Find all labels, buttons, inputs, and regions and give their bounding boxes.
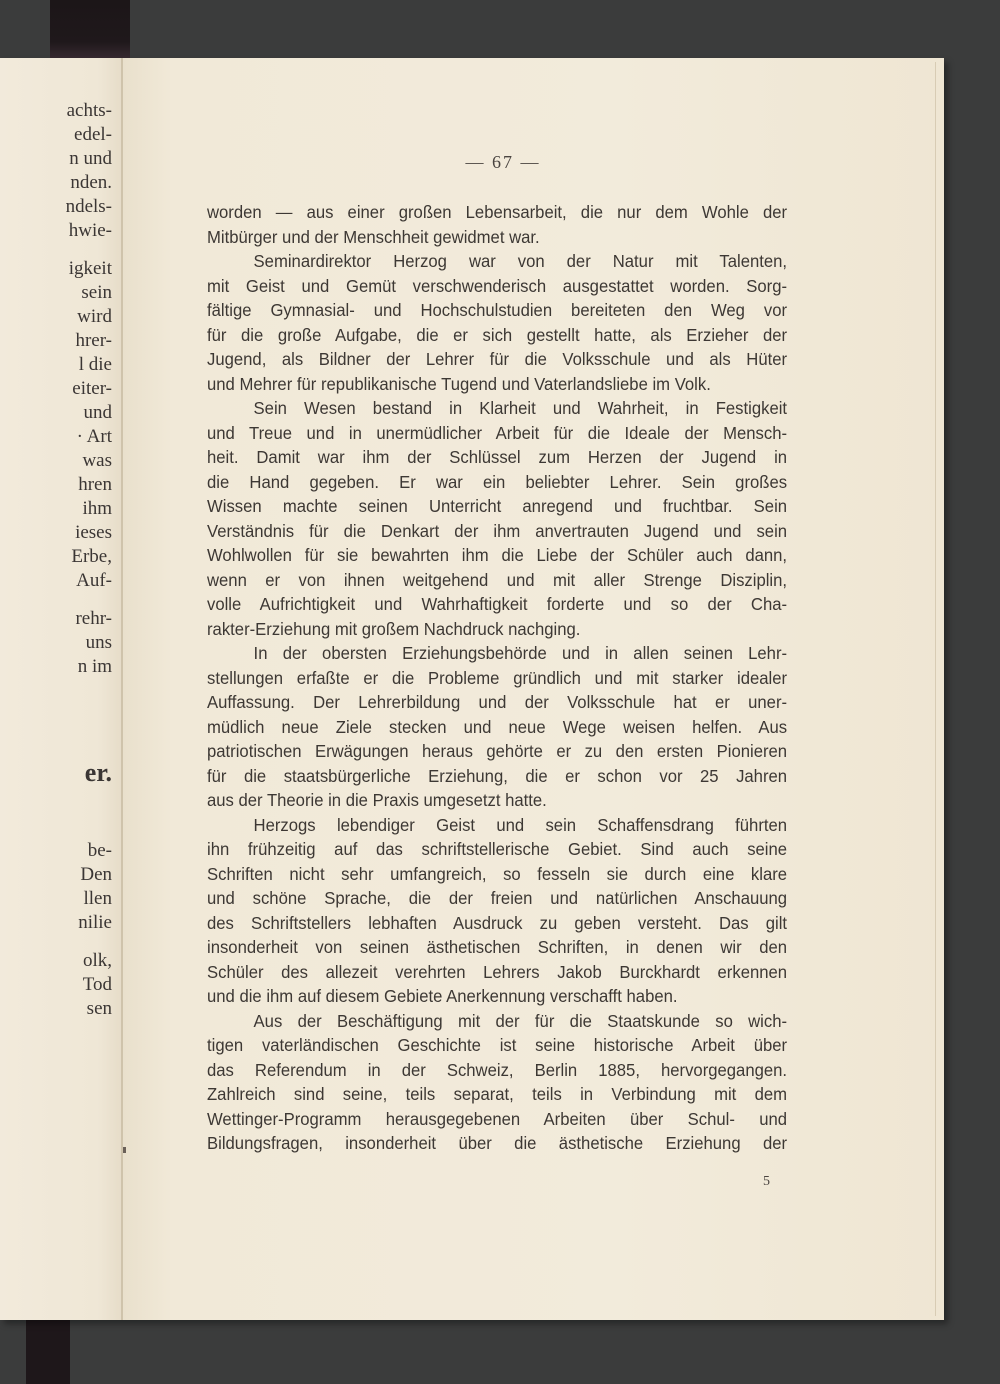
text-line: und Treue und in unermüdlicher Arbeit fü… xyxy=(207,421,787,446)
margin-dot xyxy=(123,1147,126,1153)
text-line: tigen vaterländischen Geschichte ist sei… xyxy=(207,1033,787,1058)
left-page-line: Tod xyxy=(83,974,112,996)
text-line: In der obersten Erziehungsbehörde und in… xyxy=(207,641,787,666)
text-line: insonderheit von seinen ästhetischen Sch… xyxy=(207,935,787,960)
text-line: Wissen machte seinen Unterricht anregend… xyxy=(207,494,787,519)
left-page-line: was xyxy=(82,450,112,472)
book-binding-bottom xyxy=(26,1320,70,1384)
text-line: Herzogs lebendiger Geist und sein Schaff… xyxy=(207,813,787,838)
left-page-line: ieses xyxy=(75,522,112,544)
signature-mark: 5 xyxy=(763,1174,770,1190)
text-line: und die ihm auf diesem Gebiete Anerkennu… xyxy=(207,984,787,1009)
left-page-line: olk, xyxy=(83,950,112,972)
book-binding-top xyxy=(50,0,130,60)
left-page-line: n und xyxy=(69,148,112,170)
paragraph: In der obersten Erziehungsbehörde und in… xyxy=(207,641,787,813)
text-line: und Mehrer für republikanische Tugend un… xyxy=(207,372,787,397)
left-page-line: l die xyxy=(79,354,112,376)
text-line: ihn frühzeitig auf das schriftstellerisc… xyxy=(207,837,787,862)
left-page-line: Auf- xyxy=(76,570,112,592)
text-line: und schöne Sprache, die der freien und n… xyxy=(207,886,787,911)
left-page-line: Den xyxy=(80,864,112,886)
paragraph: worden — aus einer großen Lebensarbeit, … xyxy=(207,200,787,249)
text-line: Aus der Beschäftigung mit der für die St… xyxy=(207,1009,787,1034)
text-line: rakter-Erziehung mit großem Nachdruck na… xyxy=(207,617,787,642)
paragraph: Aus der Beschäftigung mit der für die St… xyxy=(207,1009,787,1156)
paragraph: Sein Wesen bestand in Klarheit und Wahrh… xyxy=(207,396,787,641)
text-line: aus der Theorie in die Praxis umgesetzt … xyxy=(207,788,787,813)
text-line: müdlich neue Ziele stecken und neue Wege… xyxy=(207,715,787,740)
book-spread: achts-edel-n undnden.ndels-hwie-igkeitse… xyxy=(0,58,944,1320)
body-text: worden — aus einer großen Lebensarbeit, … xyxy=(207,200,787,1156)
paragraph: Seminardirektor Herzog war von der Natur… xyxy=(207,249,787,396)
text-line: Schüler des allezeit verehrten Lehrers J… xyxy=(207,960,787,985)
left-page-line: hren xyxy=(78,474,112,496)
left-page-line: ihm xyxy=(82,498,112,520)
text-line: volle Aufrichtigkeit und Wahrhaftigkeit … xyxy=(207,592,787,617)
left-page-line: und xyxy=(84,402,113,424)
text-line: Sein Wesen bestand in Klarheit und Wahrh… xyxy=(207,396,787,421)
text-line: die Hand gegeben. Er war ein beliebter L… xyxy=(207,470,787,495)
left-page-line: be- xyxy=(88,840,112,862)
text-line: Wettinger-Programm herausgegebenen Arbei… xyxy=(207,1107,787,1132)
page-number: — 67 — xyxy=(448,152,558,173)
left-page-line: rehr- xyxy=(75,608,112,630)
text-line: patriotischen Erwägungen heraus gehörte … xyxy=(207,739,787,764)
text-line: Seminardirektor Herzog war von der Natur… xyxy=(207,249,787,274)
left-page-line: er. xyxy=(85,758,112,788)
left-page-line: achts- xyxy=(67,100,112,122)
text-line: heit. Damit war ihm der Schlüssel zum He… xyxy=(207,445,787,470)
text-line: stellungen erfaßte er die Probleme gründ… xyxy=(207,666,787,691)
left-page-line: sein xyxy=(81,282,112,304)
left-page-line: ndels- xyxy=(66,196,112,218)
left-page-line: uns xyxy=(86,632,112,654)
text-line: Auffassung. Der Lehrerbildung und der Vo… xyxy=(207,690,787,715)
text-line: für die große Aufgabe, die er sich geste… xyxy=(207,323,787,348)
text-line: Bildungsfragen, insonderheit über die äs… xyxy=(207,1131,787,1156)
left-page-line: · Art xyxy=(77,426,112,448)
left-page-line: hwie- xyxy=(69,220,112,242)
left-page-line: edel- xyxy=(74,124,112,146)
left-page-line: nden. xyxy=(70,172,112,194)
page-edge xyxy=(935,62,936,1316)
left-page-line: nilie xyxy=(78,912,112,934)
text-line: mit Geist und Gemüt verschwenderisch aus… xyxy=(207,274,787,299)
text-line: Jugend, als Bildner der Lehrer für die V… xyxy=(207,347,787,372)
text-line: fältige Gymnasial- und Hochschulstudien … xyxy=(207,298,787,323)
text-line: Wohlwollen für sie bewahrten ihm die Lie… xyxy=(207,543,787,568)
left-page-line: eiter- xyxy=(72,378,112,400)
left-page-line: wird xyxy=(77,306,112,328)
text-line: das Referendum in der Schweiz, Berlin 18… xyxy=(207,1058,787,1083)
left-page-line: sen xyxy=(87,998,112,1020)
paragraph: Herzogs lebendiger Geist und sein Schaff… xyxy=(207,813,787,1009)
left-page-line: Erbe, xyxy=(71,546,112,568)
text-line: für die staatsbürgerliche Erziehung, die… xyxy=(207,764,787,789)
text-line: wenn er von ihnen weitgehend und mit all… xyxy=(207,568,787,593)
text-line: Schriften nicht sehr umfangreich, so fes… xyxy=(207,862,787,887)
left-page-line: n im xyxy=(78,656,112,678)
right-page: — 67 — worden — aus einer großen Lebensa… xyxy=(123,58,944,1320)
left-page-fragment: achts-edel-n undnden.ndels-hwie-igkeitse… xyxy=(0,58,122,1320)
left-page-line: llen xyxy=(84,888,113,910)
text-line: Verständnis für die Denkart der ihm anve… xyxy=(207,519,787,544)
text-line: worden — aus einer großen Lebensarbeit, … xyxy=(207,200,787,225)
left-page-line: hrer- xyxy=(75,330,112,352)
text-line: Mitbürger und der Menschheit gewidmet wa… xyxy=(207,225,787,250)
text-line: des Schriftstellers lebhaften Ausdruck z… xyxy=(207,911,787,936)
text-line: Zahlreich sind seine, teils separat, tei… xyxy=(207,1082,787,1107)
left-page-line: igkeit xyxy=(69,258,112,280)
